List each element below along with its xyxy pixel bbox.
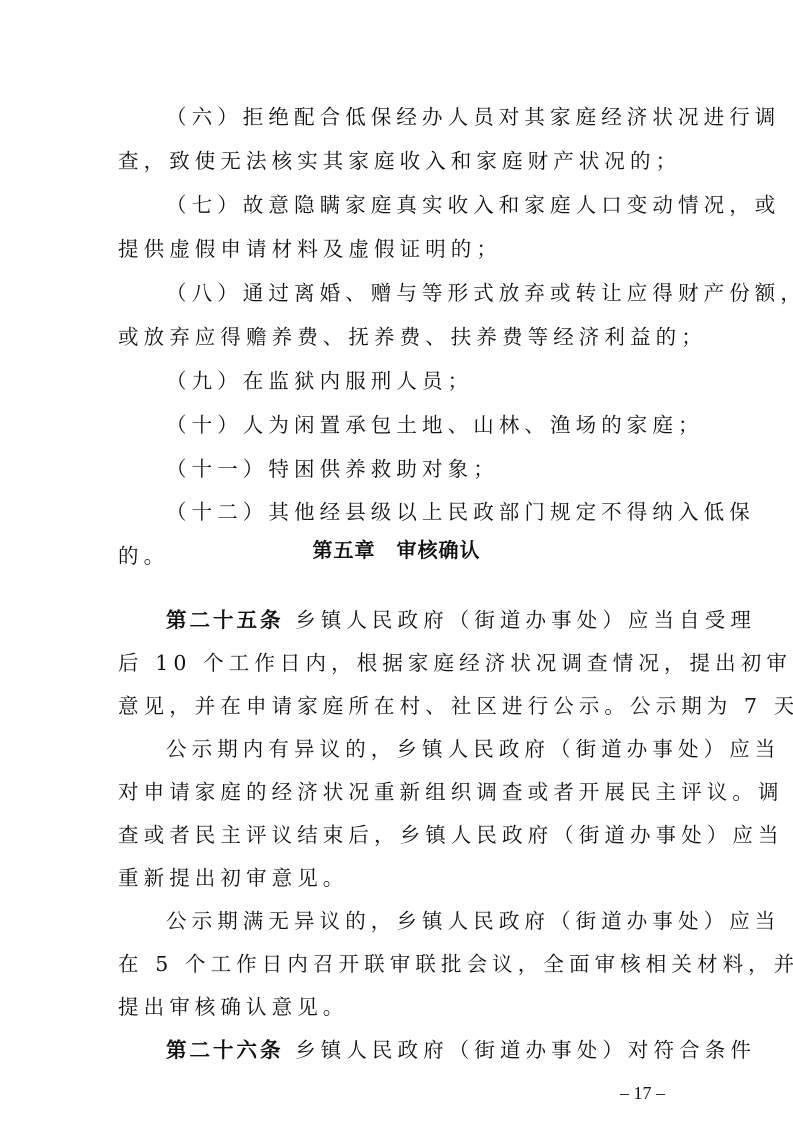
article-25-line-3: 意见，并在申请家庭所在村、社区进行公示。公示期为 7 天。 [118,691,678,721]
no-objection-line-2: 在 5 个工作日内召开联审联批会议，全面审核相关材料，并 [118,949,678,979]
item-9: （九）在监狱内服刑人员； [166,366,726,396]
article-25-label: 第二十五条 [166,608,284,632]
no-objection-line-3: 提出审核确认意见。 [118,992,678,1022]
article-25-line-2: 后 10 个工作日内，根据家庭经济状况调查情况，提出初审 [118,648,678,678]
document-page: （六）拒绝配合低保经办人员对其家庭经济状况进行调 查，致使无法核实其家庭收入和家… [0,0,793,1122]
item-6-line-2: 查，致使无法核实其家庭收入和家庭财产状况的； [118,146,678,176]
item-11: （十一）特困供养救助对象； [166,454,726,484]
objection-line-1: 公示期内有异议的，乡镇人民政府（街道办事处）应当 [166,734,726,764]
item-8-line-2: 或放弃应得赡养费、抚养费、扶养费等经济利益的； [118,322,678,352]
article-25-text-1: 乡镇人民政府（街道办事处）应当自受理 [295,608,756,632]
item-7-line-1: （七）故意隐瞒家庭真实收入和家庭人口变动情况，或 [166,190,726,220]
page-number: – 17 – [620,1083,665,1104]
article-26-label: 第二十六条 [166,1038,284,1062]
article-26-line-1: 第二十六条 乡镇人民政府（街道办事处）对符合条件 [166,1035,726,1065]
no-objection-line-1: 公示期满无异议的，乡镇人民政府（街道办事处）应当 [166,906,726,936]
objection-line-2: 对申请家庭的经济状况重新组织调查或者开展民主评议。调 [118,777,678,807]
objection-line-3: 查或者民主评议结束后，乡镇人民政府（街道办事处）应当 [118,820,678,850]
chapter-title: 第五章 审核确认 [0,535,793,565]
article-25-line-1: 第二十五条 乡镇人民政府（街道办事处）应当自受理 [166,605,726,635]
item-6-line-1: （六）拒绝配合低保经办人员对其家庭经济状况进行调 [166,102,726,132]
item-12-line-1: （十二）其他经县级以上民政部门规定不得纳入低保 [166,497,726,527]
item-7-line-2: 提供虚假申请材料及虚假证明的； [118,234,678,264]
item-10: （十）人为闲置承包土地、山林、渔场的家庭； [166,410,726,440]
item-8-line-1: （八）通过离婚、赠与等形式放弃或转让应得财产份额， [166,278,726,308]
objection-line-4: 重新提出初审意见。 [118,863,678,893]
article-26-text-1: 乡镇人民政府（街道办事处）对符合条件 [295,1038,756,1062]
